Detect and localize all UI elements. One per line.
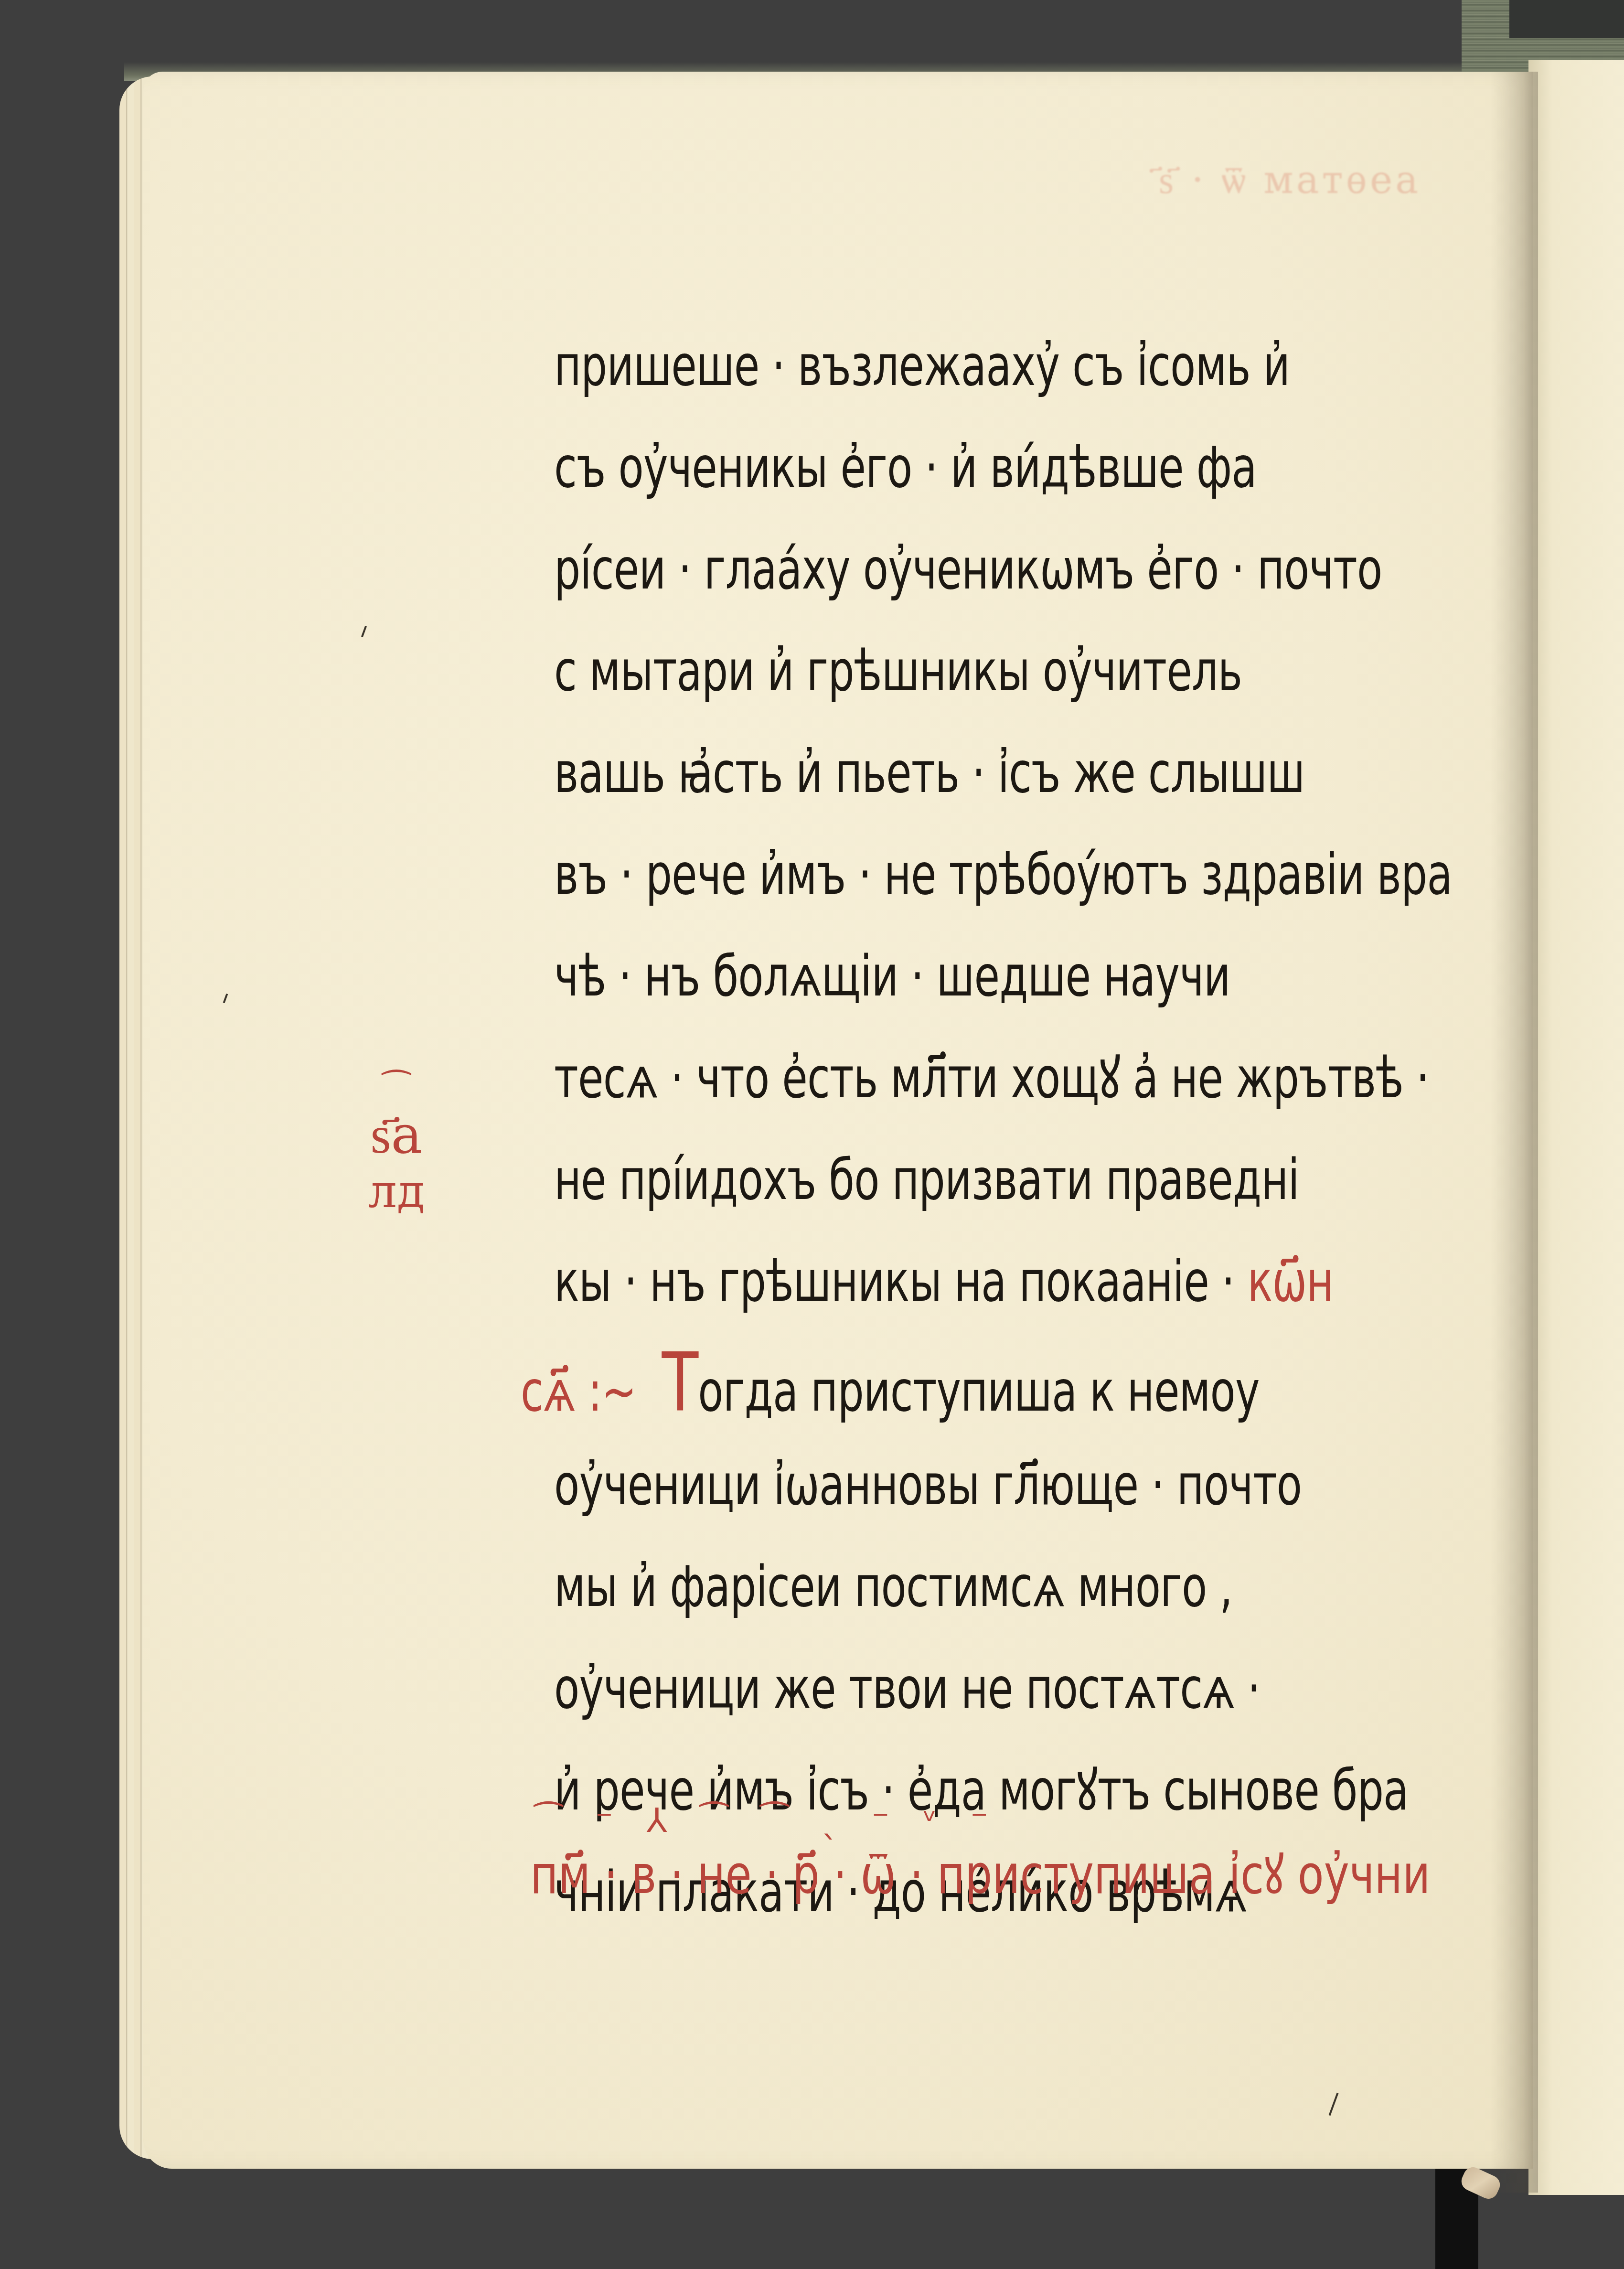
titlo-mark: ⁀ [365, 1075, 427, 1103]
line-text: оу҆ченици і҆ѡанновы гл҃юще · почто [554, 1452, 1302, 1518]
marginal-section-number: ⁀ ѕ҃а лд [365, 1075, 427, 1218]
line-text: вашь ꙗ҆сть и҆ пьеть · і҆съ же слышш [554, 739, 1304, 805]
text-line: въ · рече и҆мъ · не трѣбоу́ютъ здравіи в… [554, 843, 1322, 945]
text-line: съ оу҆ченикы е҆го · и҆ ви́дѣвше фа [554, 436, 1322, 538]
text-line: с мытари и҆ грѣшникы оу҆читель [554, 640, 1322, 741]
line-text: въ · рече и҆мъ · не трѣбоу́ютъ здравіи в… [554, 841, 1452, 907]
line-text: съ оу҆ченикы е҆го · и҆ ви́дѣвше фа [554, 434, 1257, 500]
bottom-rubric-line: пм҃ · в · не · р҃ · ѿ · приступиша і҆сꙋ … [530, 1844, 1294, 1906]
gutter-shadow [1490, 72, 1538, 2193]
section-number: ѕ҃а [365, 1103, 427, 1166]
text-line: чѣ · нъ болѧщіи · шедше научи [554, 945, 1322, 1047]
facing-page [1528, 60, 1624, 2195]
line-text: чѣ · нъ болѧщіи · шедше научи [554, 943, 1230, 1009]
rubric-superscript-marks: ⁀ ⁻ ⅄ ⁀ ⁀ ˎ ⁻ ᵛ ⁻ [535, 1801, 1000, 1840]
text-line: мы и҆ фарісеи постимсѧ много , [554, 1555, 1322, 1657]
line-text: огда приступиша к немоу [698, 1358, 1259, 1424]
text-line: оу҆ченици же твои не постѧтсѧ · [554, 1657, 1322, 1759]
line-text: с мытари и҆ грѣшникы оу҆читель [554, 638, 1242, 704]
text-line: вашь ꙗ҆сть и҆ пьеть · і҆съ же слышш [554, 741, 1322, 843]
line-text: мы и҆ фарісеи постимсѧ много , [554, 1553, 1232, 1619]
text-line: тесѧ · что е҆сть мл҃ти хощꙋ а҆ не жрътвѣ… [554, 1047, 1322, 1148]
line-text: кы · нъ грѣшникы на покааніе · [554, 1248, 1235, 1314]
text-line: сѧ҃ :~ Тогда приступиша к немоу [521, 1352, 1316, 1454]
main-text-block: пришеше · възлежааху҆ съ і҆сомь и҆ съ оу… [554, 334, 1490, 1962]
line-text: оу҆ченици же твои не постѧтсѧ · [554, 1655, 1260, 1721]
rubric-start-marker: сѧ҃ :~ [521, 1358, 636, 1424]
text-line: пришеше · възлежааху҆ съ і҆сомь и҆ [554, 334, 1322, 436]
text-line: не прі́идохъ бо призвати праведні [554, 1148, 1322, 1250]
line-text: не прі́идохъ бо призвати праведні [554, 1146, 1299, 1212]
red-initial-letter: Т [662, 1336, 698, 1430]
bleed-through-rubric: ҃ѕ҃ · ѿ матѳеа [1156, 158, 1421, 203]
text-line: оу҆ченици і҆ѡанновы гл҃юще · почто [554, 1454, 1322, 1555]
rubric-end-marker: кѡ҃н [1248, 1248, 1334, 1314]
text-line: рі́сеи · глаа́ху оу҆ченикѡмъ е҆го · почт… [554, 538, 1322, 640]
line-text: тесѧ · что е҆сть мл҃ти хощꙋ а҆ не жрътвѣ… [554, 1045, 1429, 1111]
line-text: рі́сеи · глаа́ху оу҆ченикѡмъ е҆го · почт… [554, 536, 1382, 602]
backdrop-corner [1509, 0, 1624, 38]
line-text: пришеше · възлежааху҆ съ і҆сомь и҆ [554, 332, 1290, 398]
section-subnumber: лд [365, 1166, 427, 1218]
